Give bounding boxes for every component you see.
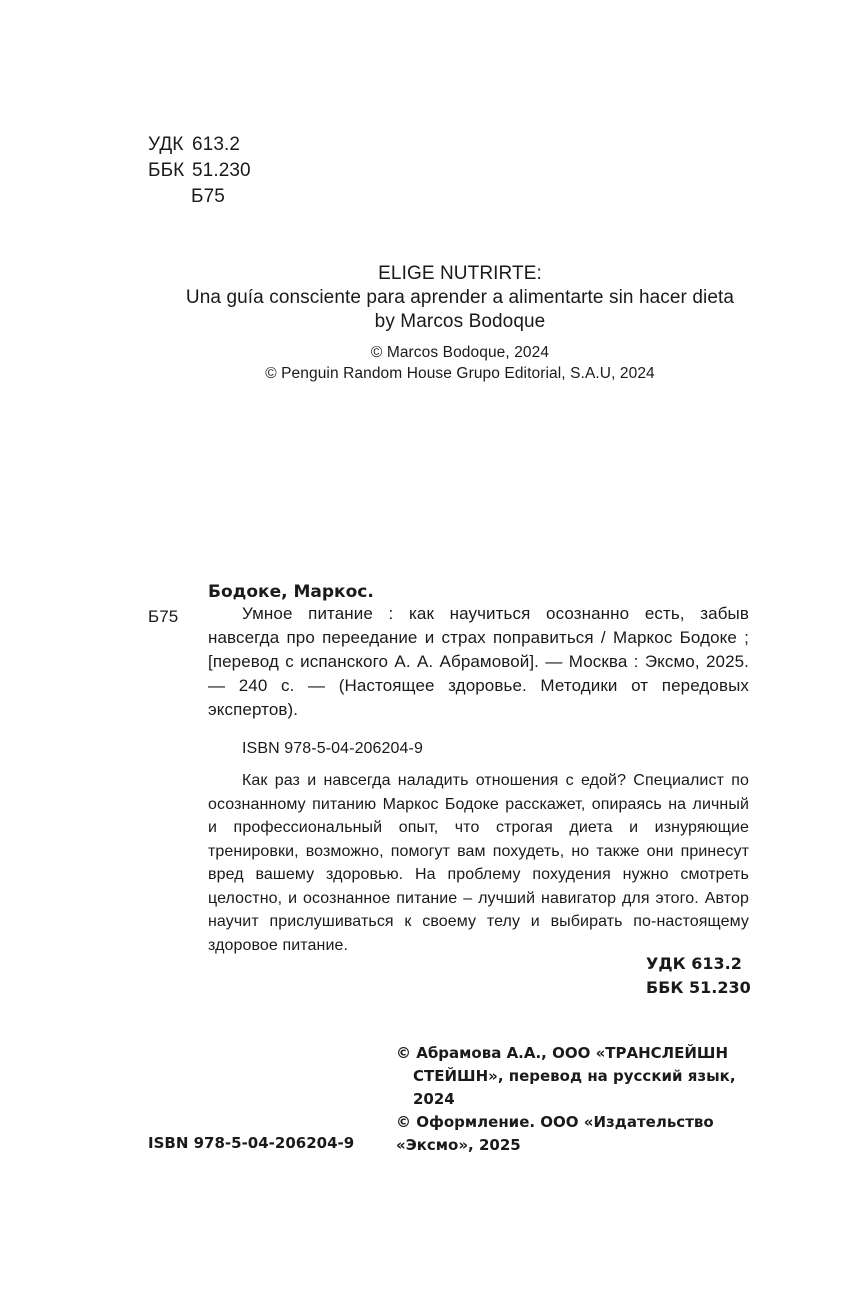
copyright-publisher: © Penguin Random House Grupo Editorial, … (100, 363, 820, 384)
original-copyright-block: © Marcos Bodoque, 2024 © Penguin Random … (100, 342, 820, 384)
copyright-design-line1: © Оформление. ООО «Издательство (396, 1111, 756, 1134)
udk-bold: УДК 613.2 (646, 952, 751, 976)
catalog-description-text: Умное питание : как научиться осознанно … (208, 604, 749, 719)
isbn-bottom: ISBN 978-5-04-206204-9 (148, 1132, 354, 1154)
udk-row: УДК 613.2 (148, 132, 251, 158)
udk-value: 613.2 (192, 132, 240, 158)
udk-label: УДК (148, 132, 192, 158)
original-edition-block: ELIGE NUTRIRTE: Una guía consciente para… (100, 262, 820, 334)
copyright-translation: © Абрамова А.А., ООО «ТРАНСЛЕЙШН СТЕЙШН»… (396, 1042, 756, 1111)
copyright-design-line2: «Эксмо», 2025 (396, 1134, 756, 1157)
bbk-label: ББК (148, 158, 192, 184)
author-sign: Б75 (148, 184, 251, 210)
bbk-value: 51.230 (192, 158, 251, 184)
catalog-description: Умное питание : как научиться осознанно … (208, 602, 749, 722)
catalog-author-heading: Бодоке, Маркос. (208, 581, 374, 603)
bbk-row: ББК 51.230 (148, 158, 251, 184)
copyright-page: УДК 613.2 ББК 51.230 Б75 ELIGE NUTRIRTE:… (0, 0, 844, 1311)
copyright-block: © Абрамова А.А., ООО «ТРАНСЛЕЙШН СТЕЙШН»… (396, 1042, 756, 1157)
copyright-author: © Marcos Bodoque, 2024 (100, 342, 820, 363)
original-author: by Marcos Bodoque (100, 310, 820, 334)
bbk-bold: ББК 51.230 (646, 976, 751, 1000)
catalog-annotation: Как раз и навсегда наладить отношения с … (208, 769, 749, 957)
catalog-isbn: ISBN 978-5-04-206204-9 (242, 738, 423, 760)
original-title: ELIGE NUTRIRTE: (100, 262, 820, 286)
codes-bold-block: УДК 613.2 ББК 51.230 (646, 952, 751, 1000)
original-subtitle: Una guía consciente para aprender a alim… (100, 286, 820, 310)
catalog-cipher: Б75 (148, 606, 178, 628)
classification-block: УДК 613.2 ББК 51.230 Б75 (148, 132, 251, 210)
